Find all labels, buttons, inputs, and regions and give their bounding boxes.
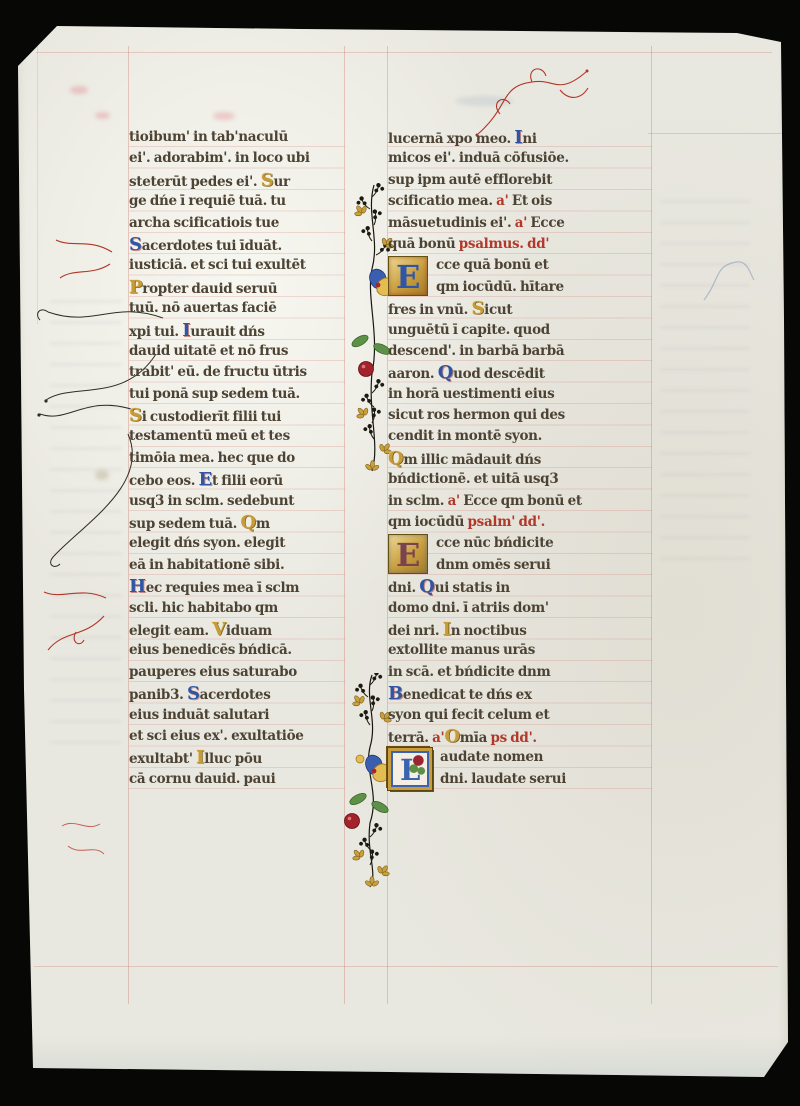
latin-text: timōia mea. hec que do [129,450,295,466]
latin-text: dnm omēs serui [436,557,550,573]
text-line: ei'. adorabim'. in loco ubi [129,148,345,169]
text-column-right: lucernā xpo meo. Inimicos ei'. induā cōf… [388,127,652,790]
latin-text: eius benedicēs bńdicā. [129,642,292,658]
blue-initial: H [129,576,146,597]
text-line: Si custodierīt filii tui [129,405,345,426]
text-line: cebo eos. Et filii eorū [129,469,345,490]
latin-text: cce nūc bńdicite [436,535,553,551]
latin-text: ur [273,174,289,190]
latin-text: sup ipm autē efflorebit [388,172,552,188]
latin-text: mīa [460,730,491,746]
text-line: tuū. nō auertas faciē [129,298,345,319]
latin-text: tui ponā sup sedem tuā. [129,386,300,402]
latin-text: uod descēdit [453,366,545,382]
text-line: elegit eam. Viduam [129,619,345,640]
latin-text: eius induāt salutari [129,707,269,723]
brown-stain [95,470,109,480]
latin-text: iduam [226,623,272,639]
text-line: bńdictionē. et uitā usq3 [388,469,652,490]
latin-text: audate nomen [440,749,543,765]
text-line: timōia mea. hec que do [129,448,345,469]
latin-text: cce quā bonū et [436,257,549,273]
text-line: xpi tui. Iurauit dńs [129,320,345,341]
gold-initial: S [261,170,274,191]
latin-text: micos ei'. induā cōfusiōe. [388,150,569,166]
latin-text: ec requies mea ī sclm [146,580,300,596]
gold-initial: Q [240,512,255,533]
text-line: Ecce nūc bńdicite [388,533,652,554]
red-pen-flourish [56,816,111,864]
latin-text: urauit dńs [190,324,264,340]
gold-initial: P [129,277,142,298]
latin-text: trabit' eū. de fructu ūtris [129,364,307,380]
red-pen-flourish [50,232,116,284]
latin-text: archa scificatiois tue [129,215,279,231]
latin-text: māsuetudinis ei'. [388,215,515,231]
latin-text: iusticiā. et sci tui exultēt [129,257,306,273]
text-line: archa scificatiois tue [129,213,345,234]
latin-text: cā cornu dauid. paui [129,771,275,787]
text-line: tui ponā sup sedem tuā. [129,384,345,405]
text-line: dni. Qui statis in [388,576,652,597]
text-line: aaron. Quod descēdit [388,362,652,383]
latin-text: Et ois [508,193,552,209]
text-line: sicut ros hermon qui des [388,405,652,426]
latin-text: n noctibus [451,623,527,639]
text-line: iusticiā. et sci tui exultēt [129,255,345,276]
latin-text: dauid uitatē et nō frus [129,343,288,359]
illuminated-initial-e-blue: E [388,256,428,296]
text-line: sup sedem tuā. Qm [129,512,345,533]
latin-text: qm iocūdū [388,514,468,530]
latin-text: usq3 in sclm. sedebunt [129,493,294,509]
latin-text: i custodierīt filii tui [142,409,281,425]
gold-initial: S [129,405,142,426]
rubric-text: a' [496,193,508,209]
latin-text: cebo eos. [129,473,199,489]
pink-stain [70,86,88,94]
ruling-line-horizontal [36,52,772,53]
text-line: qm iocūdū psalm' dd'. [388,512,652,533]
latin-text: et sci eius ex'. exultatiōe [129,728,304,744]
text-line: extollite manus urās [388,640,652,661]
text-column-left: tioibum' in tab'naculūei'. adorabim'. in… [129,127,345,790]
text-line: exultabt' Illuc pōu [129,747,345,768]
text-line: terrā. a'Omīa ps dd'. [388,726,652,747]
text-line: quā bonū psalmus. dd' [388,234,652,255]
text-line: trabit' eū. de fructu ūtris [129,362,345,383]
text-line: ge dńe ī requiē tuā. tu [129,191,345,212]
latin-text: in sclm. [388,493,448,509]
text-line: Sacerdotes tui īduāt. [129,234,345,255]
text-line: Benedicat te dńs ex [388,683,652,704]
text-line: scificatio mea. a' Et ois [388,191,652,212]
blue-initial: S [187,683,200,704]
latin-text: acerdotes [200,687,271,703]
text-line: eius benedicēs bńdicā. [129,640,345,661]
pink-stain [213,112,235,120]
text-line: in scā. et bńdicite dnm [388,662,652,683]
latin-text: panib3. [129,687,187,703]
latin-text: eā in habitationē sibi. [129,557,284,573]
latin-text: cendit in montē syon. [388,428,542,444]
text-line: māsuetudinis ei'. a' Ecce [388,213,652,234]
latin-text: unguētū ī capite. quod [388,322,550,338]
rubric-text: a' [432,730,444,746]
latin-text: icut [484,302,512,318]
latin-text: sicut ros hermon qui des [388,407,565,423]
ruling-line-vertical [37,34,38,324]
gold-initial: I [443,619,451,640]
latin-text: ropter dauid seruū [142,281,277,297]
blue-initial: S [129,234,142,255]
parchment-leaf: tioibum' in tab'naculūei'. adorabim'. in… [0,0,800,1106]
latin-text: elegit dńs syon. elegit [129,535,285,551]
ruling-line-horizontal [34,966,778,967]
text-line: descend'. in barbā barbā [388,341,652,362]
bleed-through-text [660,200,750,560]
text-line: tioibum' in tab'naculū [129,127,345,148]
blue-initial: Q [438,362,453,383]
latin-text: descend'. in barbā barbā [388,343,564,359]
blue-initial: B [388,683,403,704]
latin-text: ui statis in [435,580,510,596]
gold-initial: I [196,747,204,768]
gold-initial: Q [388,448,403,469]
rubric-text: psalmus. dd' [459,236,549,252]
latin-text: lucernā xpo meo. [388,131,514,147]
latin-text: scli. hic habitabo qm [129,600,278,616]
latin-text: lluc pōu [204,751,262,767]
latin-text: testamentū meū et tes [129,428,290,444]
text-line: testamentū meū et tes [129,426,345,447]
latin-text: quā bonū [388,236,459,252]
latin-text: elegit eam. [129,623,212,639]
text-line: steterūt pedes ei'. Sur [129,170,345,191]
latin-text: t filii eorū [212,473,283,489]
latin-text: Ecce [527,215,565,231]
illuminated-initial-e-maroon: E [388,534,428,574]
latin-text: fres in vnū. [388,302,471,318]
text-line: eā in habitationē sibi. [129,555,345,576]
latin-text: dni. laudate serui [440,771,566,787]
gold-initial: O [444,726,459,747]
latin-text: tuū. nō auertas faciē [129,300,277,316]
text-line: scli. hic habitabo qm [129,598,345,619]
text-line: sup ipm autē efflorebit [388,170,652,191]
rubric-text: psalm' dd'. [468,514,545,530]
latin-text: in horā uestimenti eius [388,386,554,402]
latin-text: dei nri. [388,623,443,639]
text-line: dei nri. In noctibus [388,619,652,640]
latin-text: dni. [388,580,419,596]
text-line: et sci eius ex'. exultatiōe [129,726,345,747]
gold-initial: S [471,298,484,319]
gold-initial: V [212,619,226,640]
text-line: eius induāt salutari [129,705,345,726]
latin-text: ni [522,131,536,147]
text-line: fres in vnū. Sicut [388,298,652,319]
text-line: in horā uestimenti eius [388,384,652,405]
text-line: Qm illic mādauit dńs [388,448,652,469]
latin-text: terrā. [388,730,432,746]
latin-text: bńdictionē. et uitā usq3 [388,471,558,487]
latin-text: domo dni. ī atriis dom' [388,600,549,616]
latin-text: Ecce qm bonū et [460,493,582,509]
text-line: elegit dńs syon. elegit [129,533,345,554]
rubric-text: ps dd'. [490,730,536,746]
text-line: Hec requies mea ī sclm [129,576,345,597]
text-line: cendit in montē syon. [388,426,652,447]
latin-text: pauperes eius saturabo [129,664,297,680]
blue-initial: Q [419,576,434,597]
manuscript-photo: { "photo": { "background": "#070706", "s… [0,0,800,1106]
text-line: Laudate nomen [388,747,652,768]
latin-text: m [256,516,270,532]
illuminated-initial-l-framed: L [388,748,432,790]
latin-text: steterūt pedes ei'. [129,174,261,190]
latin-text: acerdotes tui īduāt. [142,238,282,254]
rubric-text: a' [448,493,460,509]
text-line: dauid uitatē et nō frus [129,341,345,362]
text-line: syon qui fecit celum et [388,705,652,726]
latin-text: exultabt' [129,751,196,767]
latin-text: aaron. [388,366,438,382]
text-line: Propter dauid seruū [129,277,345,298]
latin-text: enedicat te dńs ex [403,687,532,703]
latin-text: sup sedem tuā. [129,516,240,532]
pink-stain [95,112,110,119]
latin-text: tioibum' in tab'naculū [129,129,288,145]
text-line: unguētū ī capite. quod [388,320,652,341]
text-line: pauperes eius saturabo [129,662,345,683]
latin-text: m illic mādauit dńs [403,452,541,468]
grey-smudge [455,96,513,106]
blue-initial: E [199,469,212,490]
latin-text: in scā. et bńdicite dnm [388,664,550,680]
latin-text: extollite manus urās [388,642,535,658]
text-line: lucernā xpo meo. Ini [388,127,652,148]
latin-text: xpi tui. [129,324,182,340]
text-line: cā cornu dauid. paui [129,769,345,790]
latin-text: ge dńe ī requiē tuā. tu [129,193,286,209]
latin-text: syon qui fecit celum et [388,707,549,723]
bleed-through-text [50,300,122,750]
rubric-text: a' [515,215,527,231]
latin-text: qm iocūdū. hītare [436,279,564,295]
text-line: panib3. Sacerdotes [129,683,345,704]
latin-text: ei'. adorabim'. in loco ubi [129,150,310,166]
ruling-line-horizontal [648,133,782,134]
text-line: Ecce quā bonū et [388,255,652,276]
text-line: domo dni. ī atriis dom' [388,598,652,619]
text-line: in sclm. a' Ecce qm bonū et [388,491,652,512]
text-line: usq3 in sclm. sedebunt [129,491,345,512]
text-line: micos ei'. induā cōfusiōe. [388,148,652,169]
latin-text: scificatio mea. [388,193,496,209]
